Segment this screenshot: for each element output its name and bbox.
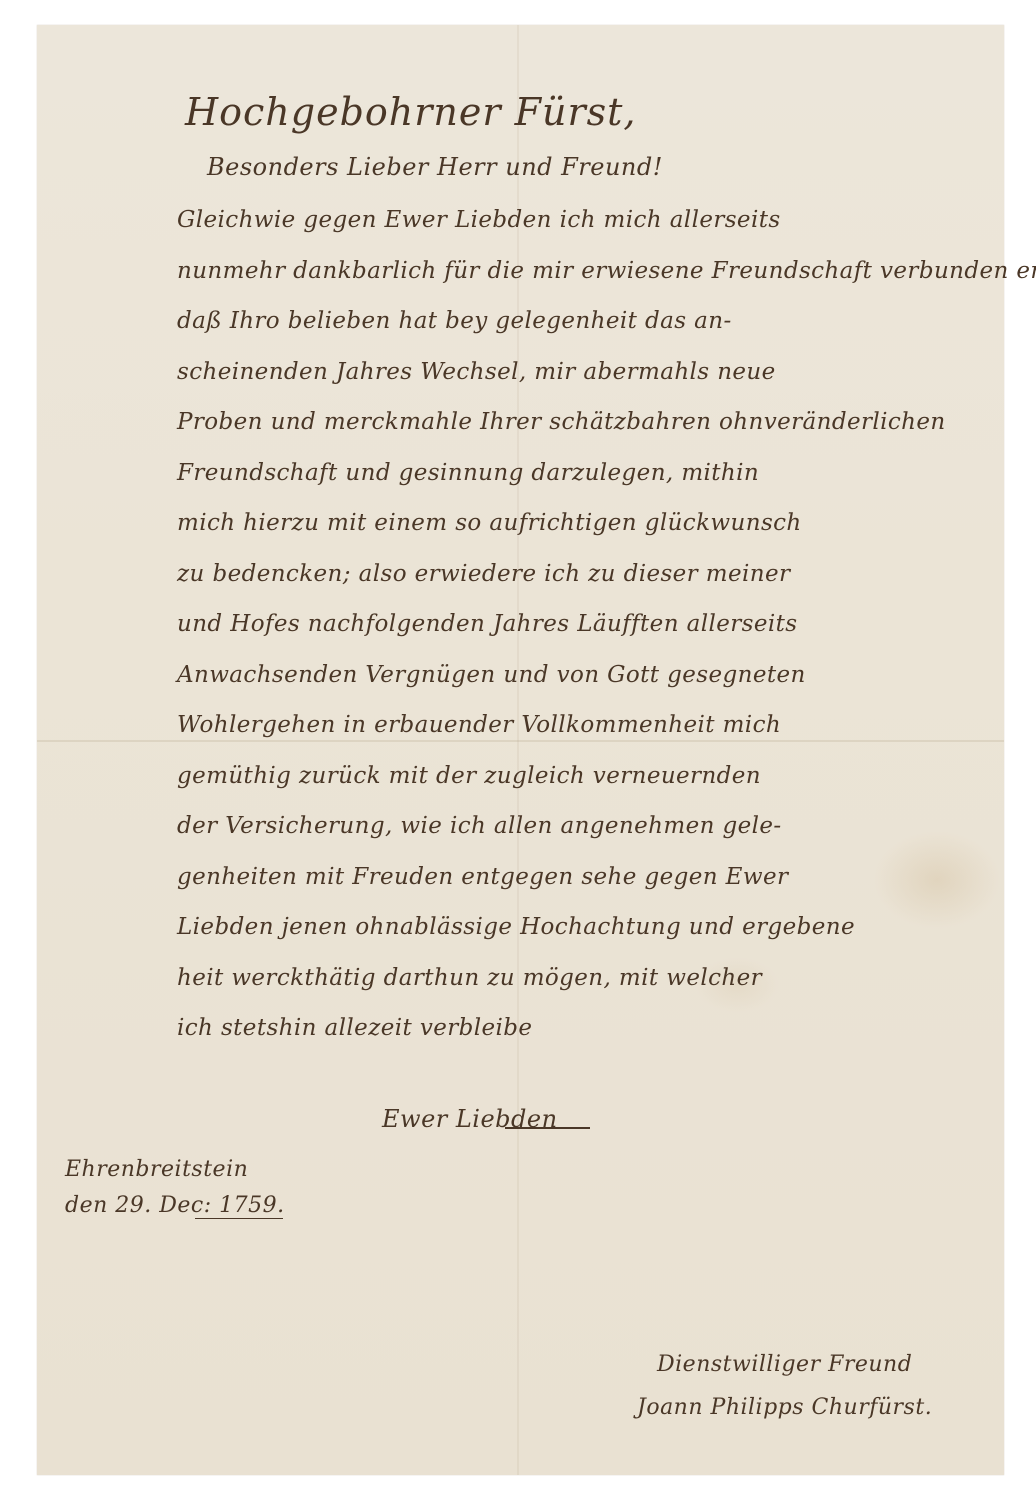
body-line: Liebden jenen ohnablässige Hochachtung u… [177, 902, 977, 953]
signature-name: Joann Philipps Churfürst. [637, 1395, 932, 1420]
salutation-title: Hochgebohrner Fürst, [185, 90, 637, 134]
body-line: genheiten mit Freuden entgegen sehe gege… [177, 852, 977, 903]
body-line: mich hierzu mit einem so aufrichtigen gl… [177, 498, 977, 549]
letter-sheet: Hochgebohrner Fürst, Besonders Lieber He… [37, 25, 1004, 1475]
body-line: heit werckthätig darthun zu mögen, mit w… [177, 953, 977, 1004]
body-line: scheinenden Jahres Wechsel, mir abermahl… [177, 347, 977, 398]
body-line: nunmehr dankbarlich für die mir erwiesen… [177, 246, 977, 297]
body-line: gemüthig zurück mit der zugleich verneue… [177, 751, 977, 802]
signature-valediction: Dienstwilliger Freund [657, 1352, 912, 1377]
body-line: Freundschaft und gesinnung darzulegen, m… [177, 448, 977, 499]
body-line: und Hofes nachfolgenden Jahres Läufften … [177, 599, 977, 650]
body-line: zu bedencken; also erwiedere ich zu dies… [177, 549, 977, 600]
closing-flourish [505, 1127, 590, 1129]
place-line: Ehrenbreitstein [65, 1157, 248, 1182]
salutation-address: Besonders Lieber Herr und Freund! [207, 153, 663, 181]
body-line: Anwachsenden Vergnügen und von Gott gese… [177, 650, 977, 701]
body-line: Gleichwie gegen Ewer Liebden ich mich al… [177, 195, 977, 246]
body-line: Wohlergehen in erbauender Vollkommenheit… [177, 700, 977, 751]
body-line: Proben und merckmahle Ihrer schätzbahren… [177, 397, 977, 448]
date-line: den 29. Dec: 1759. [65, 1193, 285, 1218]
date-underline [195, 1218, 283, 1219]
body-line: ich stetshin allezeit verbleibe [177, 1003, 977, 1054]
letter-body: Gleichwie gegen Ewer Liebden ich mich al… [177, 195, 977, 1054]
body-line: daß Ihro belieben hat bey gelegenheit da… [177, 296, 977, 347]
body-line: der Versicherung, wie ich allen angenehm… [177, 801, 977, 852]
